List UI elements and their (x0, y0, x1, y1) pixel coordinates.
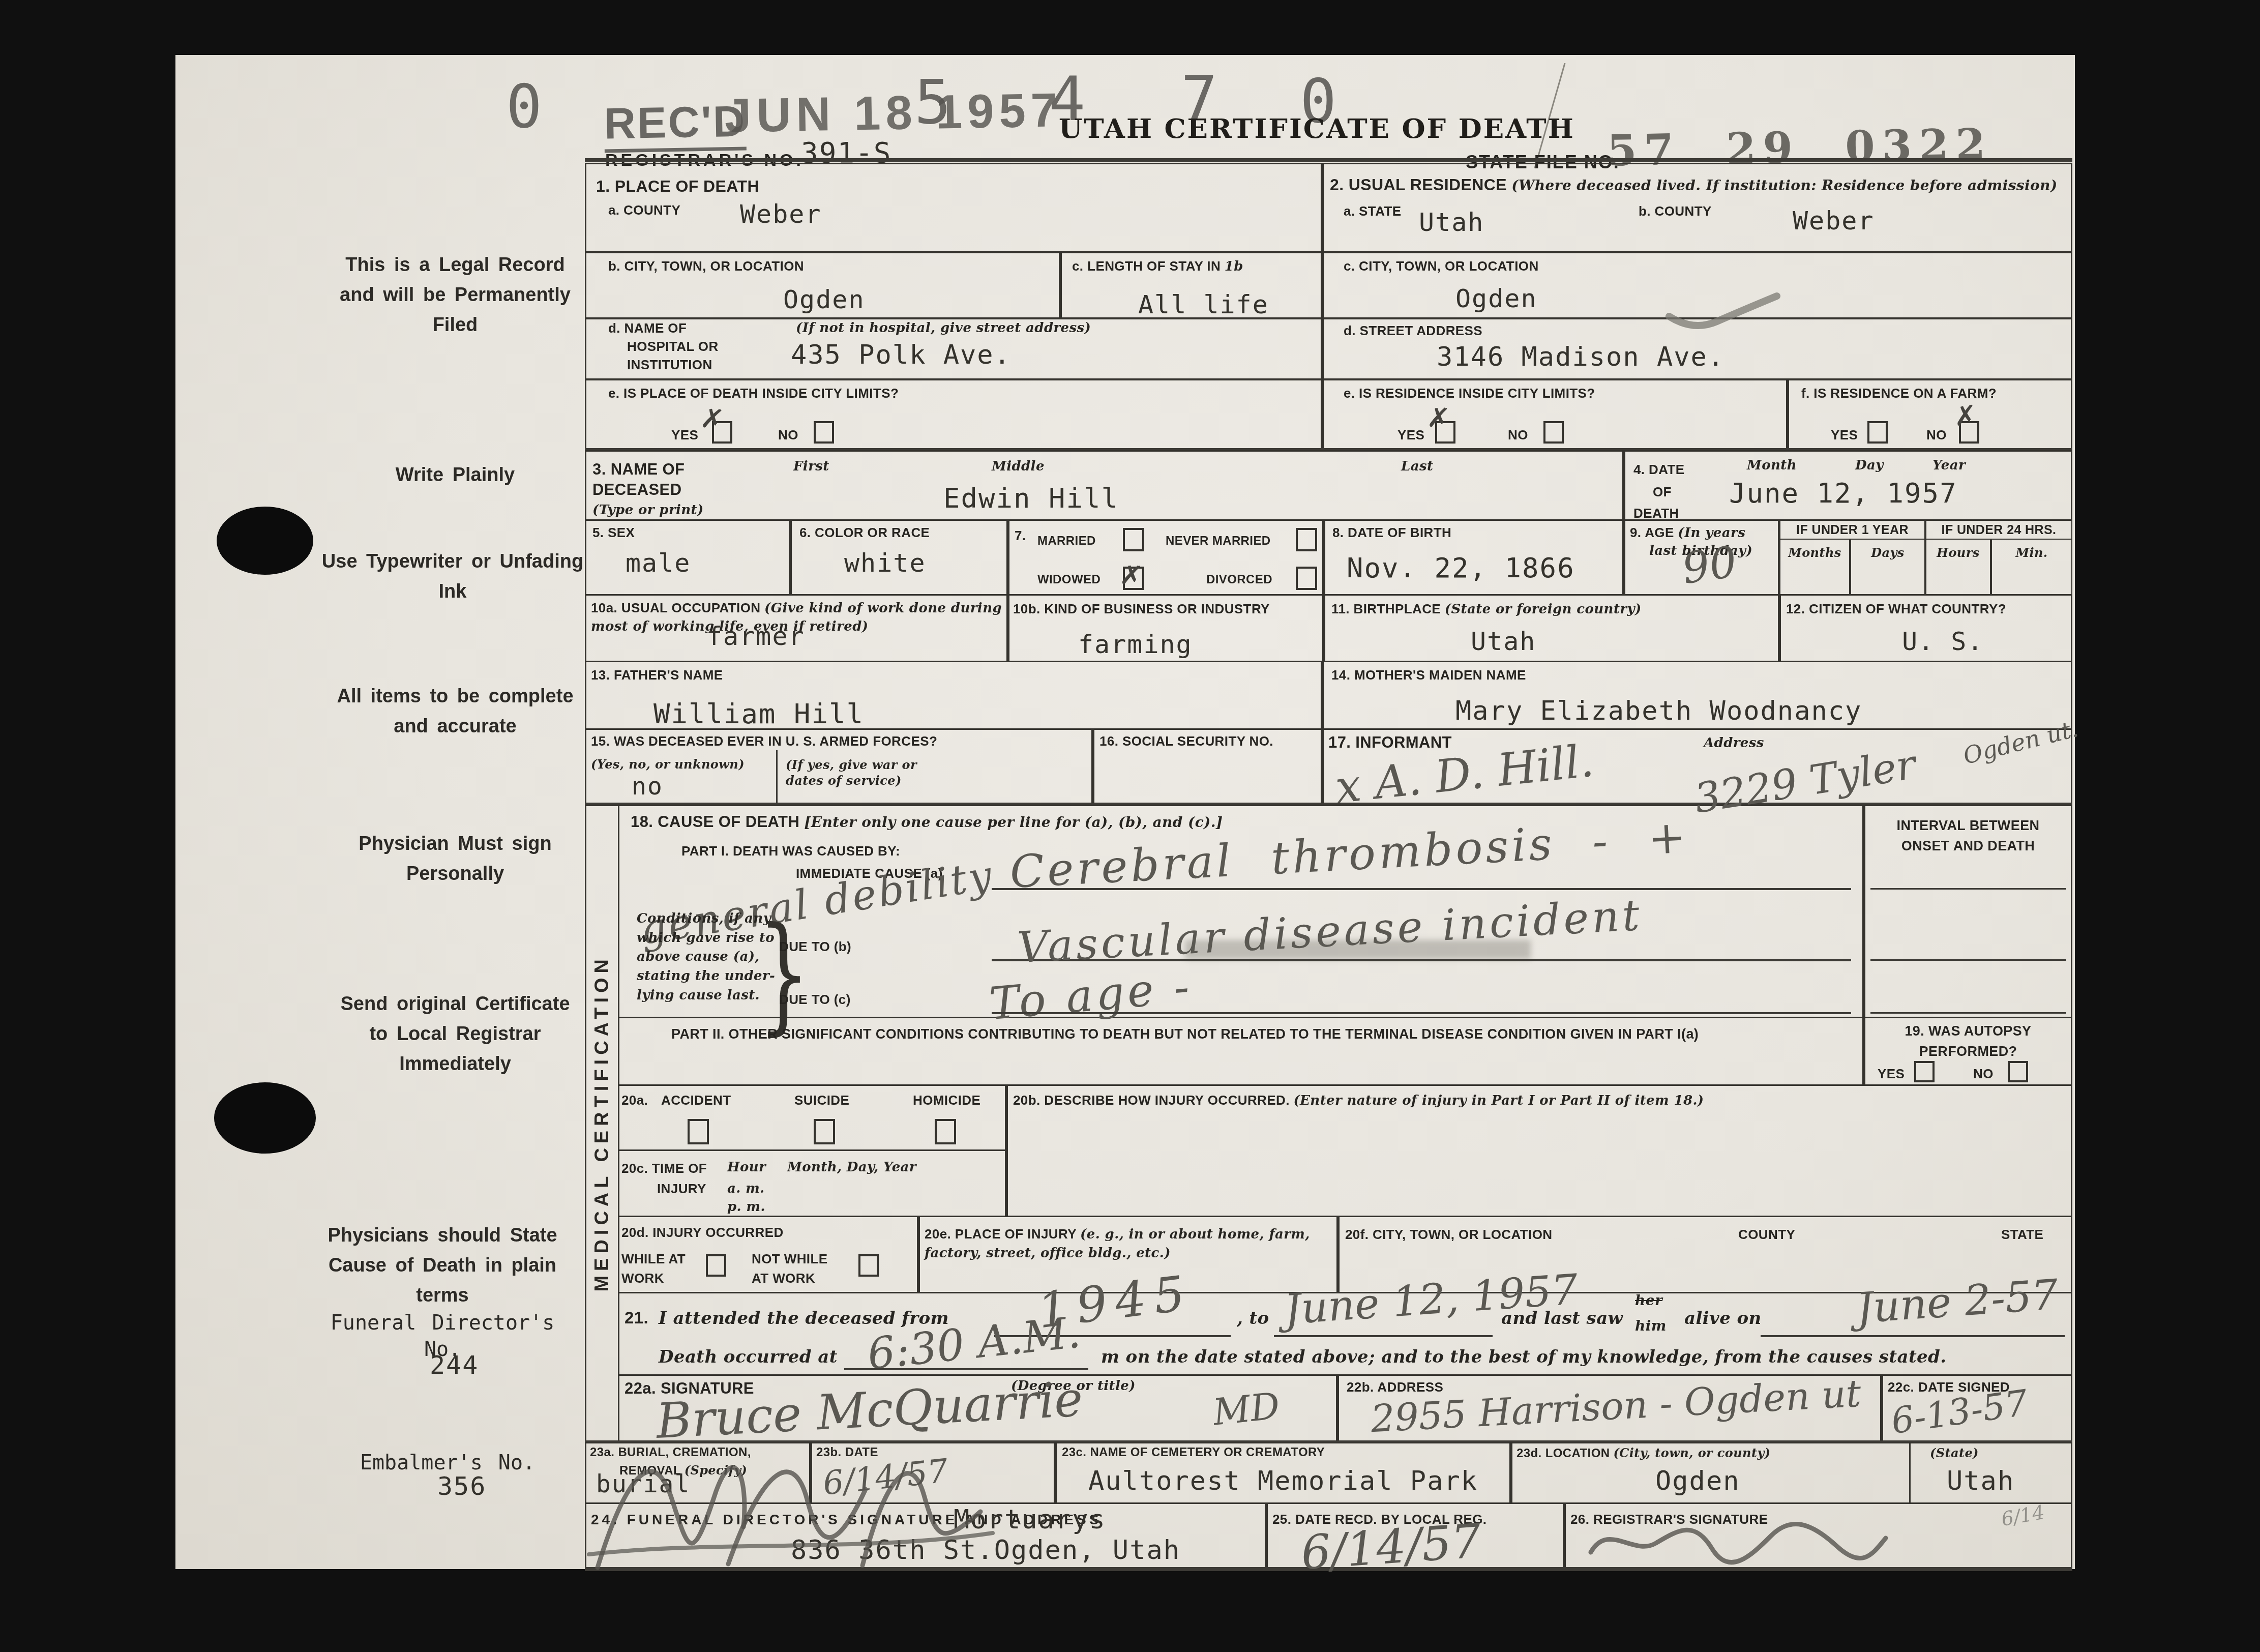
residence-city-pencil-check (1669, 296, 1777, 326)
funeral-director-signature-scribble (863, 1473, 980, 1566)
registrar-signature-scribble (1591, 1524, 1886, 1562)
funeral-director-underline-scribble (589, 1533, 993, 1554)
funeral-director-signature-scribble (728, 1472, 866, 1564)
scanned-death-certificate: 0 5 4 7 0 REC'D JUN 18 1957 UTAH CERTIFI… (0, 0, 2260, 1652)
handwriting-overlay (0, 0, 2260, 1652)
